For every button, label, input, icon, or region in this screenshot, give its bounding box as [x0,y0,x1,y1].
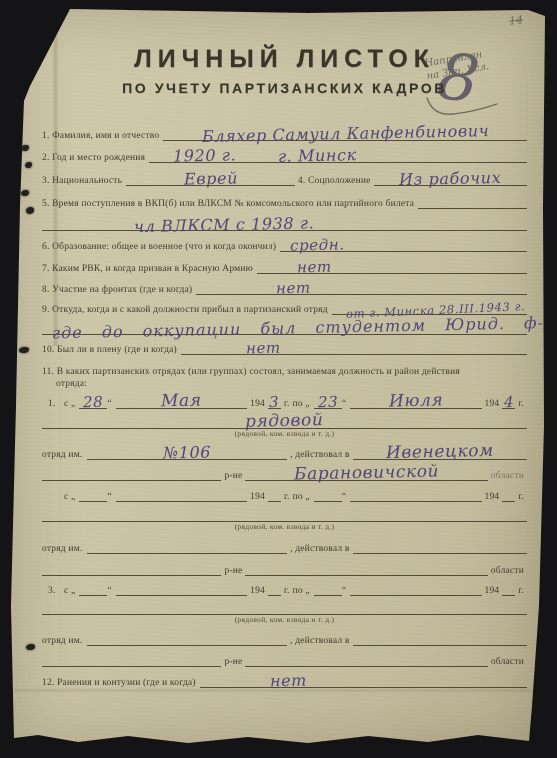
service-entry-dates: 1. с „ 28 “ Мая 194 3 г. по „ 23 “ Июля … [42,389,527,409]
field-label: 12. Ранения и контузии (где и когда) [42,678,200,688]
service-entry-unit: отряд им. №106 , действовал в Ивенецком [42,440,527,460]
field-row-name: 1. Фамилия, имя и отчество Бляхер Самуил… [42,119,527,141]
entry-caption: (рядовой, ком. взвода и т. д.) [42,522,527,533]
printed-text: г. [515,586,527,596]
handwritten-value: средн. [290,237,345,253]
field-label: 10. Был ли в плену (где и когда) [42,345,181,355]
form-line: 23 [314,395,342,409]
field-label: 11. В каких партизанских отрядах (или гр… [42,367,464,377]
service-entry-district: р-не Барановичской области [42,460,527,481]
printed-text: отряд им. [42,450,87,460]
printed-text: г. [281,586,293,596]
form-line: нет [200,673,527,688]
handwritten-value: 1920 г. [173,147,237,164]
field-row-units-heading: 11. В каких партизанских отрядах (или гр… [42,355,527,377]
handwritten-value: 3 [269,395,279,410]
form-line [353,645,527,646]
form-line: Бляхер Самуил Канфенбинович [163,126,527,141]
field-row-wounds: 12. Ранения и контузии (где и когда) нет [42,667,527,688]
field-row-arrival-line2: где до оккупации был студентом Юрид. ф-т… [42,315,527,335]
printed-text: 194 [482,492,503,502]
service-entry-position: рядовой [42,409,527,429]
form-line [268,501,281,502]
handwritten-value: нет [246,341,281,357]
handwritten-value: Мая [161,393,202,411]
form-line: рядовой [42,413,527,429]
form-line [87,645,288,646]
printed-text: области [488,566,527,576]
form-line: Июля [350,393,481,409]
entry-caption: (рядовой, ком. взвода и т. д.) [42,615,527,626]
field-row-education: 6. Образование: общее и военное (что и к… [42,231,527,252]
handwritten-value: Барановичской [294,463,439,483]
form-line [79,501,107,502]
field-row-units-heading2: отряда: [42,377,527,389]
document-title: ЛИЧНЫЙ ЛИСТОК ПО УЧЕТУ ПАРТИЗАНСКИХ КАДР… [42,44,527,97]
printed-text: г. [515,399,527,409]
printed-text: 194 [482,586,503,596]
printed-text: “ [342,492,350,502]
printed-text: 194 [482,399,503,409]
form-line: Мая [116,393,247,409]
handwritten-value: Из рабочих [399,170,502,188]
form-line: Из рабочих [374,171,527,186]
printed-text: с „ [64,586,79,596]
field-label: 2. Год и место рождения [42,153,149,163]
form-line: нет [196,281,527,295]
printed-text: области [488,471,527,481]
printed-text: г. [515,492,527,502]
form-line [314,595,342,596]
ink-blot [25,162,32,168]
service-entry-position [42,502,527,522]
printed-text: по „ [293,492,314,502]
handwritten-value: чл ВЛКСМ с 1938 г. [134,215,315,235]
form-line: нет [181,341,527,355]
field-label: 1. Фамилия, имя и отчество [42,131,163,141]
printed-text: “ [107,586,115,596]
field-row-party-answer: чл ВЛКСМ с 1938 г. [42,209,527,231]
printed-text: “ [107,399,115,409]
form-line [502,501,515,502]
title-line1: ЛИЧНЫЙ ЛИСТОК [42,44,527,74]
form-line [42,521,527,522]
printed-text: г. [281,492,293,502]
field-row-arrival: 9. Откуда, когда и с какой должности при… [42,295,527,315]
printed-text: р-не [221,566,245,576]
printed-text: “ [342,399,350,409]
form-line: 1920 г. г. Минск [149,148,527,163]
ink-blot [26,644,35,650]
form-line: где до оккупации был студентом Юрид. ф-т… [42,320,527,335]
printed-text: “ [342,586,350,596]
printed-text: , действовал в [287,636,353,646]
service-entry-unit: отряд им. , действовал в [42,626,527,646]
form-line [502,595,515,596]
service-entry-dates: с „ “ 194 г. по „ “ 194 г. [42,481,527,502]
form-line: Ивенецком [353,444,527,460]
handwritten-value: №106 [163,444,211,461]
form-line [418,208,527,209]
form-line [42,480,221,481]
form-line [350,595,481,596]
field-label: 3. Национальность [42,176,126,186]
form-line [314,501,342,502]
handwritten-value: рядовой [245,412,324,431]
field-label: 5. Время поступления в ВКП(б) или ВЛКСМ … [42,199,418,209]
form-content: ЛИЧНЫЙ ЛИСТОК ПО УЧЕТУ ПАРТИЗАНСКИХ КАДР… [42,6,527,688]
entry-number: 3. [42,586,64,596]
printed-text: р-не [221,657,245,667]
form-line: 28 [79,395,107,409]
handwritten-value: нет [276,281,311,297]
service-entry-unit: отряд им. , действовал в [42,533,527,554]
printed-text: 194 [247,586,268,596]
printed-text: по „ [293,399,314,409]
field-row-nationality-social: 3. Национальность Еврей 4. Соцположение … [42,163,527,186]
printed-text: 194 [247,399,268,409]
ink-blot [21,145,29,151]
handwritten-value: 4 [504,395,514,410]
form-line [116,501,247,502]
form-body: 1. Фамилия, имя и отчество Бляхер Самуил… [42,119,527,688]
printed-text: с „ [64,399,79,409]
ink-blot [19,347,29,353]
printed-text: , действовал в [287,450,353,460]
form-line [42,614,527,615]
field-label: 8. Участие на фронтах (где и когда) [42,285,196,295]
form-line: №106 [87,445,288,460]
field-label: 6. Образование: общее и военное (что и к… [42,242,280,252]
form-line [87,553,288,554]
form-line: чл ВЛКСМ с 1938 г. [42,216,527,231]
field-row-birth: 2. Год и место рождения 1920 г. г. Минск [42,141,527,163]
printed-text: области [488,657,527,667]
handwritten-value: Еврей [183,170,237,187]
form-line [42,666,221,667]
form-line [42,575,221,576]
scanned-document-paper: 14 8 Направлен на Зап. Усл. ЛИЧНЫЙ ЛИСТО… [8,6,549,752]
field-row-fronts: 8. Участие на фронтах (где и когда) нет [42,274,527,295]
printed-text: отряд им. [42,636,87,646]
form-line [245,666,487,667]
field-label: 7. Каким РВК, и когда призван в Красную … [42,264,257,274]
field-label: 4. Соцположение [295,176,374,186]
handwritten-value: нет [297,260,332,276]
entry-number: 1. [42,399,64,409]
service-entry-district: р-не области [42,554,527,576]
title-line2: ПО УЧЕТУ ПАРТИЗАНСКИХ КАДРОВ [42,79,527,97]
handwritten-value: нет [269,673,306,690]
service-entry-district: р-не области [42,646,527,667]
printed-text: , действовал в [287,544,353,554]
page-background: { "colors": { "background": "#141416", "… [0,0,557,758]
handwritten-value: Ивенецком [386,443,494,462]
form-line: Барановичской [245,465,487,481]
handwritten-value: Июля [389,392,444,410]
printed-text: по „ [293,586,314,596]
service-entry-position [42,596,527,615]
field-row-party: 5. Время поступления в ВКП(б) или ВЛКСМ … [42,186,527,209]
ink-blot [26,207,34,214]
form-line: 3 [268,395,281,409]
printed-text: “ [107,492,115,502]
service-entry-dates: 3. с „ “ 194 г. по „ “ 194 г. [42,576,527,596]
handwritten-value: г. Минск [278,147,357,165]
form-line [350,501,481,502]
form-line: Еврей [126,171,295,186]
form-line: средн. [280,238,527,252]
form-line [116,595,247,596]
form-line [79,595,107,596]
form-line: нет [257,260,527,274]
printed-text: с „ [64,492,79,502]
form-line [245,575,487,576]
field-label: отряда: [42,379,91,389]
printed-text: 194 [247,492,268,502]
form-line [353,553,527,554]
form-line [268,595,281,596]
field-label: 9. Откуда, когда и с какой должности при… [42,305,332,315]
printed-text: г. [281,399,293,409]
printed-text: отряд им. [42,544,87,554]
handwritten-value: 23 [318,395,339,410]
printed-text: р-не [221,471,245,481]
form-line: 4 [502,395,515,409]
handwritten-value: 28 [83,395,104,410]
ink-blot [21,190,29,196]
field-row-rvk: 7. Каким РВК, и когда призван в Красную … [42,252,527,274]
